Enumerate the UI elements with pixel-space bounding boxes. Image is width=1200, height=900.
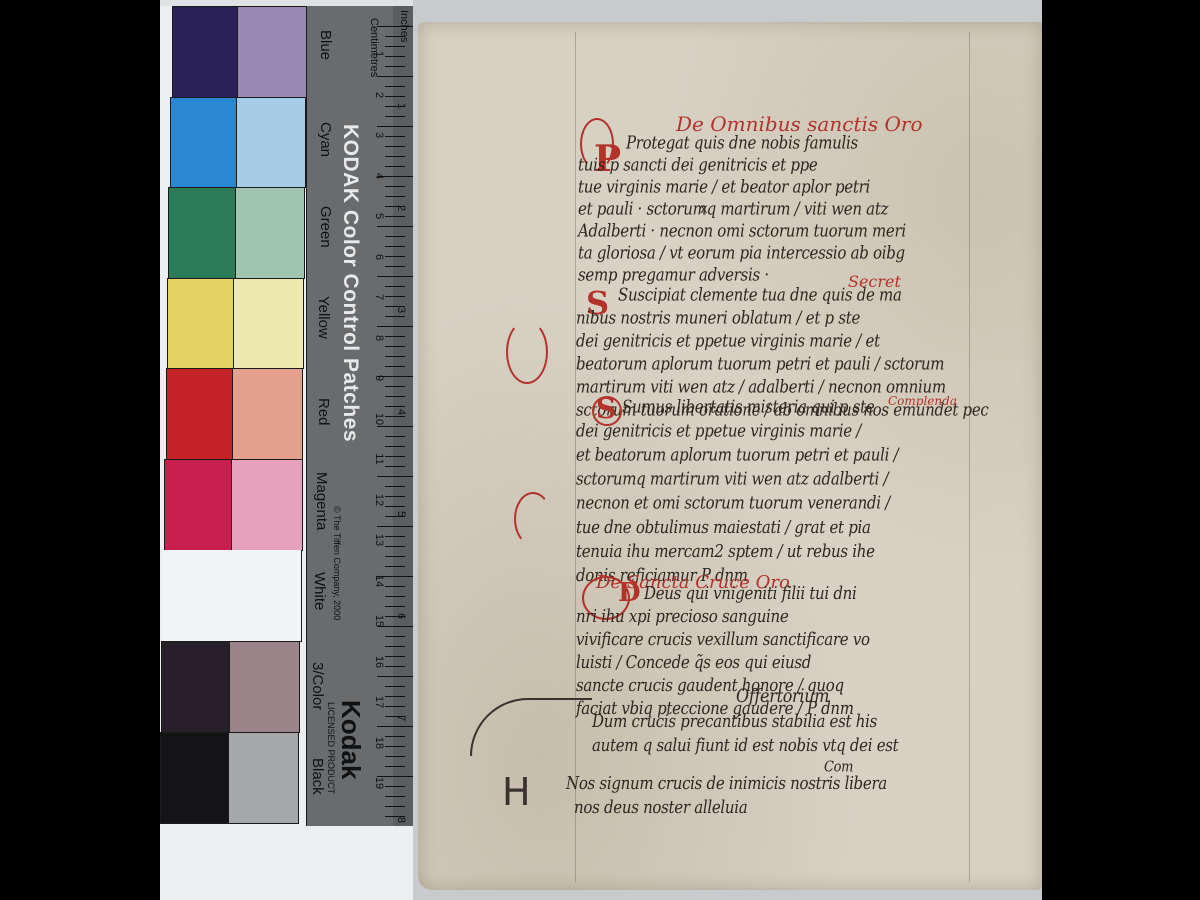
ruler-tick	[385, 746, 405, 747]
inch-tick-label: 5	[395, 504, 407, 524]
cm-tick-label: 17	[373, 692, 385, 712]
ruler-tick	[385, 496, 405, 497]
ruler-tick	[385, 256, 405, 257]
inch-tick-label: 2	[395, 198, 407, 218]
ruler-tick	[385, 806, 405, 807]
inch-tick-label: 3	[395, 300, 407, 320]
inch-tick-label: 6	[395, 606, 407, 626]
text-line: beatorum aplorum tuorum petri et pauli /…	[576, 354, 944, 375]
cm-tick-label: 9	[373, 368, 385, 388]
text-line: necnon et omi sctorum tuorum venerandi /	[576, 493, 890, 514]
text-line: tenuia ihu mercam2 sptem / ut rebus ihe	[576, 541, 875, 562]
initial-d: D	[618, 578, 641, 608]
cm-tick-label: 12	[373, 490, 385, 510]
ruler-tick	[377, 476, 413, 477]
text-line: autem q salui fiunt id est nobis vtq dei…	[592, 735, 898, 756]
text-line: et pauli · sctorumq martirum / viti wen …	[578, 199, 888, 220]
ruler-tick	[385, 786, 405, 787]
text-line: Sumus libertatis misteria qui p ste	[622, 397, 874, 418]
cm-tick-label: 15	[373, 611, 385, 631]
patch-red-dark	[166, 368, 233, 460]
ruler-tick	[385, 736, 405, 737]
text-line: sctorumq martirum viti wen atz adalberti…	[576, 469, 888, 490]
label-red: Red	[315, 398, 332, 426]
label-yellow: Yellow	[315, 296, 332, 339]
patch-blue-dark	[172, 6, 238, 98]
initial-flourish-2	[506, 320, 548, 384]
ruler-tick	[385, 296, 405, 297]
text-line: tue dne obtulimus maiestati / grat et pi…	[576, 517, 871, 538]
cm-tick-label: 4	[373, 166, 385, 186]
cm-tick-label: 18	[373, 733, 385, 753]
cm-tick-label: 14	[373, 571, 385, 591]
ruler-tick	[377, 226, 413, 227]
text-line: Adalberti · necnon omi sctorum tuorum me…	[578, 221, 906, 242]
ruler-tick	[385, 646, 405, 647]
ruler-tick	[385, 236, 405, 237]
ruler-tick	[385, 656, 405, 657]
patch-cyan-light	[236, 97, 306, 188]
label-green: Green	[317, 206, 334, 248]
label-cyan: Cyan	[317, 122, 334, 157]
inches-label: Inches	[398, 10, 410, 42]
patch-magenta-light	[231, 459, 303, 551]
ruler-tick	[377, 526, 413, 527]
patch-red-light	[232, 368, 303, 460]
ruler-tick	[385, 586, 405, 587]
cm-tick-label: 10	[373, 409, 385, 429]
cm-tick-label: 6	[373, 247, 385, 267]
color-control-target: 1234567891011121314151617181912345678 In…	[160, 0, 413, 900]
ruler-tick	[385, 86, 405, 87]
ruler-tick	[385, 136, 405, 137]
ruler-tick	[377, 76, 413, 77]
ruler-tick	[385, 686, 405, 687]
ruler-tick	[385, 596, 405, 597]
margin-x-mark: x	[700, 202, 708, 217]
ruler-tick	[385, 46, 405, 47]
offertory-title: Offertorium	[736, 685, 829, 707]
ruler-tick	[385, 156, 405, 157]
ruler-tick	[385, 286, 405, 287]
scan-background: 1234567891011121314151617181912345678 In…	[160, 0, 1042, 900]
text-line: Protegat quis dne nobis famulis	[626, 133, 858, 154]
kodak-brand-title: KODAK Color Control Patches	[338, 124, 362, 442]
ruler-tick	[385, 756, 405, 757]
ruler-tick	[385, 146, 405, 147]
ruler-tick	[385, 696, 405, 697]
ruler-tick	[385, 56, 405, 57]
cm-tick-label: 8	[373, 328, 385, 348]
patch-yellow-light	[233, 278, 304, 369]
patch-yellow-dark	[167, 278, 234, 369]
centimetres-label: Centimetres	[368, 18, 380, 77]
patch-magenta-dark	[164, 459, 232, 551]
text-line: Suscipiat clemente tua dne quis de ma	[618, 285, 902, 306]
ruler-tick	[385, 396, 405, 397]
ruler-tick	[385, 486, 405, 487]
cm-tick-label: 19	[373, 773, 385, 793]
ruler-tick	[385, 456, 405, 457]
text-line: luisti / Concede q̃s eos qui eiusd	[576, 652, 811, 673]
ruling-line-right	[969, 32, 970, 882]
ruler-tick	[385, 436, 405, 437]
ruler-tick	[377, 326, 413, 327]
ruler-tick	[385, 466, 405, 467]
label-3color: 3/Color	[309, 662, 326, 710]
cm-tick-label: 11	[373, 449, 385, 469]
ruler-tick	[385, 766, 405, 767]
text-line: tue virginis marie / et beator aplor pet…	[578, 177, 870, 198]
ruler-tick	[385, 186, 405, 187]
text-line: Deus qui vnigeniti filii tui dni	[644, 583, 857, 604]
ruler-tick	[385, 556, 405, 557]
cm-tick-label: 13	[373, 530, 385, 550]
ruler-tick	[385, 636, 405, 637]
text-line: Dum crucis precantibus stabilia est his	[592, 711, 877, 732]
ruler-tick	[385, 796, 405, 797]
text-line: nibus nostris muneri oblatum / et p ste	[576, 308, 860, 329]
text-line: et beatorum aplorum tuorum petri et paul…	[576, 445, 898, 466]
communion-initial-stroke: H	[502, 770, 531, 814]
inch-tick-label: 1	[395, 96, 407, 116]
text-line: nos deus noster alleluia	[574, 797, 747, 818]
cm-tick-label: 5	[373, 206, 385, 226]
ruler-tick	[385, 386, 405, 387]
ruler-tick	[385, 166, 405, 167]
ruler-tick	[385, 706, 405, 707]
ruler-tick	[385, 546, 405, 547]
ruler-tick	[377, 276, 413, 277]
ruler-tick	[385, 116, 405, 117]
patch-green-dark	[168, 187, 236, 279]
inch-tick-label: 4	[395, 402, 407, 422]
label-white: White	[311, 572, 328, 610]
text-line: tuis p sancti dei genitricis et ppe	[578, 155, 818, 176]
ruler-tick	[385, 246, 405, 247]
label-blue: Blue	[317, 30, 334, 60]
cm-tick-label: 3	[373, 125, 385, 145]
patch-3color-light	[229, 641, 300, 733]
ruler-tick	[385, 446, 405, 447]
offertory-initial-flourish	[470, 698, 592, 756]
copyright-text: © The Tiffen Company, 2000	[332, 506, 342, 620]
ruler-tick	[385, 566, 405, 567]
patch-cyan-dark	[170, 97, 237, 188]
text-line: dei genitricis et ppetue virginis marie …	[576, 331, 880, 352]
ruler-tick	[385, 66, 405, 67]
label-black: Black	[309, 758, 326, 795]
rubric-complenda: Complenda	[888, 394, 957, 408]
patch-black-light	[228, 732, 299, 824]
licensed-product-text: LICENSED PRODUCT	[326, 702, 336, 794]
ruler-tick	[377, 676, 413, 677]
text-line: nri ihu xpi precioso sanguine	[576, 606, 789, 627]
ruler-tick	[385, 336, 405, 337]
initial-flourish-4	[514, 492, 552, 546]
ruler-tick	[385, 536, 405, 537]
patch-black-dark	[160, 732, 229, 824]
text-line: Nos signum crucis de inimicis nostris li…	[566, 773, 887, 794]
patch-white	[163, 550, 302, 642]
patch-green-light	[235, 187, 305, 279]
manuscript-page: De Omnibus sanctis Oro P Protegat quis d…	[418, 22, 1042, 890]
ruler-tick	[385, 346, 405, 347]
kodak-logo: Kodak	[335, 700, 366, 779]
ruler-tick	[385, 266, 405, 267]
ruler-tick	[385, 196, 405, 197]
text-line: semp pregamur adversis ·	[578, 265, 769, 286]
inch-tick-label: 7	[395, 708, 407, 728]
ruler-tick	[385, 666, 405, 667]
cm-tick-label: 7	[373, 287, 385, 307]
cm-tick-label: 2	[373, 85, 385, 105]
text-line: dei genitricis et ppetue virginis marie …	[576, 421, 861, 442]
inch-tick-label: 8	[395, 810, 407, 830]
ruler-tick	[385, 366, 405, 367]
text-line: ta gloriosa / vt eorum pia intercessio a…	[578, 243, 905, 264]
ruler-tick	[385, 356, 405, 357]
patch-blue-light	[237, 6, 307, 98]
label-magenta: Magenta	[313, 472, 330, 530]
cm-tick-label: 16	[373, 652, 385, 672]
patch-3color-dark	[161, 641, 230, 733]
text-line: vivificare crucis vexillum sanctificare …	[576, 629, 870, 650]
